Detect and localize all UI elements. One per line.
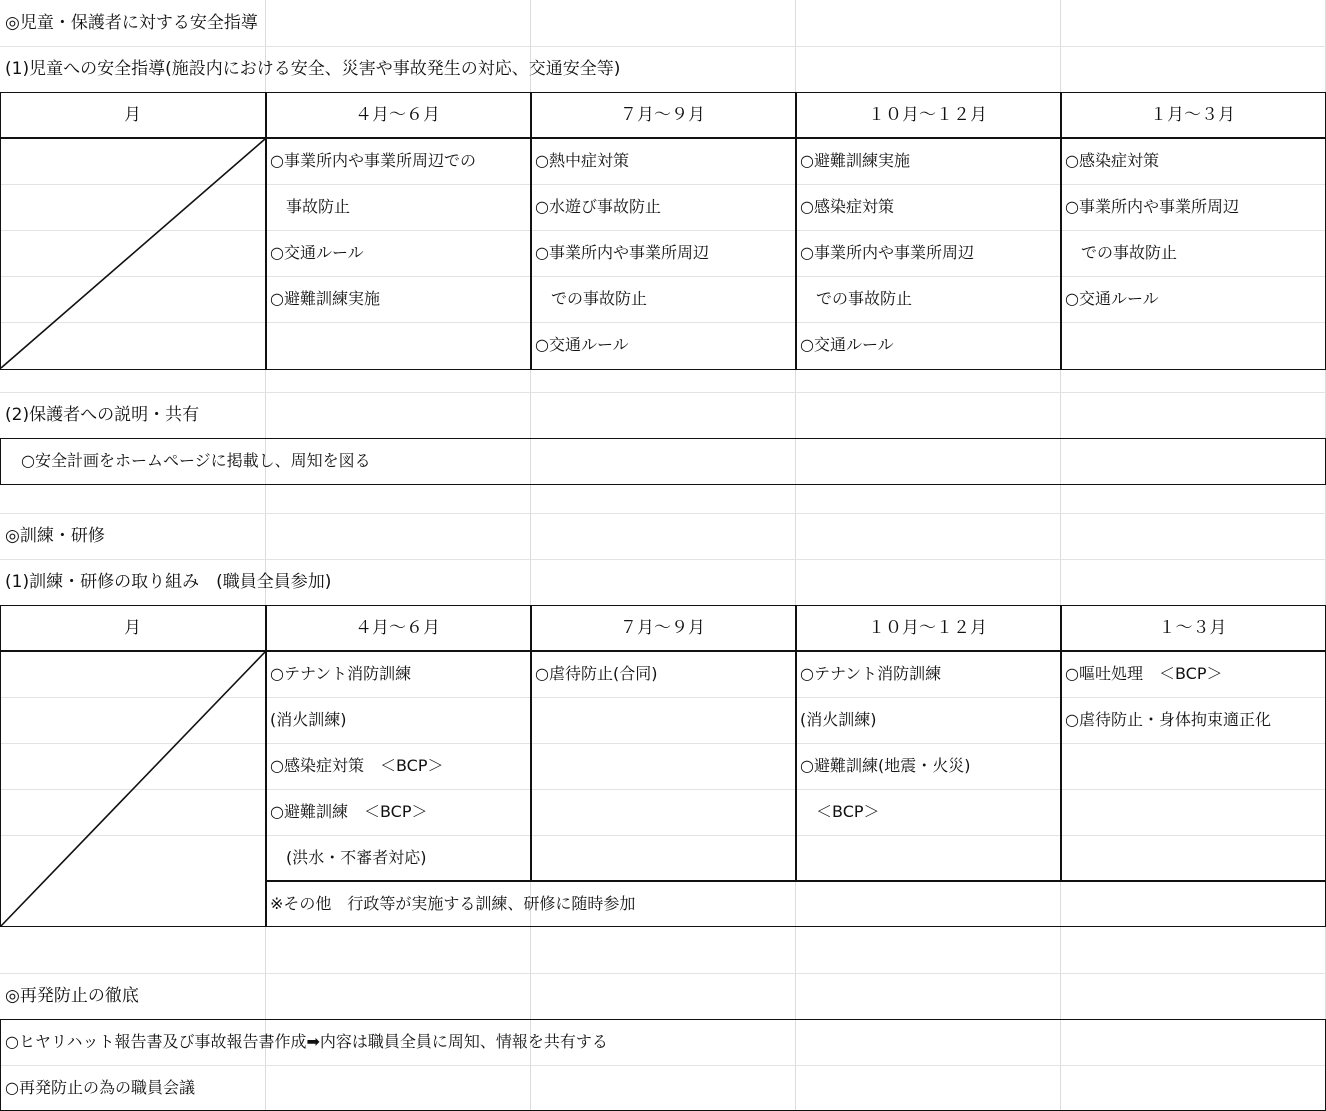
table-cell: ○感染症対策 ＜BCP＞	[265, 743, 443, 789]
grid-line	[0, 973, 1326, 974]
table-cell: ○避難訓練実施	[795, 138, 910, 184]
recurrence-item: ○ヒヤリハット報告書及び事故報告書作成➡内容は職員全員に周知、情報を共有する	[0, 1019, 608, 1065]
table-cell: ○水遊び事故防止	[530, 184, 661, 230]
table-cell	[265, 322, 270, 368]
header-month: 月	[0, 605, 265, 651]
section-title-safety-guidance: ◎児童・保護者に対する安全指導	[5, 0, 258, 46]
section-title-training: ◎訓練・研修	[5, 513, 105, 559]
table-cell: ○事業所内や事業所周辺	[795, 230, 974, 276]
table-cell: (消火訓練)	[265, 697, 347, 743]
table-cell: ○嘔吐処理 ＜BCP＞	[1060, 651, 1222, 697]
table-cell: ○避難訓練 ＜BCP＞	[265, 789, 427, 835]
table-cell: ○交通ルール	[1060, 276, 1159, 322]
grid-line	[0, 513, 1326, 514]
table-cell: での事故防止	[1060, 230, 1177, 276]
table-cell: ○避難訓練(地震・火災)	[795, 743, 970, 789]
table-cell: (洪水・不審者対応)	[265, 835, 427, 881]
table-cell	[530, 697, 535, 743]
header-apr-jun: ４月～６月	[265, 92, 530, 138]
header-jan-mar: １～３月	[1060, 605, 1325, 651]
header-jul-sep: ７月～９月	[530, 92, 795, 138]
table-cell: ○事業所内や事業所周辺	[530, 230, 709, 276]
table-cell: ○虐待防止(合同)	[530, 651, 657, 697]
subsection-title-parent-sharing: (2)保護者への説明・共有	[5, 392, 199, 438]
subsection-title-child-guidance: (1)児童への安全指導(施設内における安全、災害や事故発生の対応、交通安全等)	[5, 46, 620, 92]
table-cell: ○交通ルール	[265, 230, 364, 276]
table-cell: (消火訓練)	[795, 697, 877, 743]
table-cell: ○熱中症対策	[530, 138, 629, 184]
section-title-recurrence-prevention: ◎再発防止の徹底	[5, 973, 139, 1019]
header-oct-dec: １０月～１２月	[795, 92, 1060, 138]
table-cell: ○虐待防止・身体拘束適正化	[1060, 697, 1271, 743]
table-cell: ○事業所内や事業所周辺	[1060, 184, 1239, 230]
table-cell: での事故防止	[530, 276, 647, 322]
table-cell: ＜BCP＞	[795, 789, 880, 835]
header-jan-mar: １月～３月	[1060, 92, 1325, 138]
table-cell: ○テナント消防訓練	[265, 651, 411, 697]
parent-sharing-content: ○安全計画をホームページに掲載し、周知を図る	[0, 438, 371, 484]
table-cell: ○交通ルール	[530, 322, 629, 368]
table-cell: ○感染症対策	[795, 184, 894, 230]
table-cell	[1060, 322, 1065, 368]
subsection-title-training-efforts: (1)訓練・研修の取り組み (職員全員参加)	[5, 559, 331, 605]
header-apr-jun: ４月～６月	[265, 605, 530, 651]
table-cell: ○感染症対策	[1060, 138, 1159, 184]
header-jul-sep: ７月～９月	[530, 605, 795, 651]
spreadsheet: ◎児童・保護者に対する安全指導 (1)児童への安全指導(施設内における安全、災害…	[0, 0, 1326, 1111]
header-month: 月	[0, 92, 265, 138]
table-cell: 事故防止	[265, 184, 350, 230]
diagonal-line	[0, 138, 266, 369]
header-oct-dec: １０月～１２月	[795, 605, 1060, 651]
table-cell: での事故防止	[795, 276, 912, 322]
table-cell: ○交通ルール	[795, 322, 894, 368]
table-cell: ○避難訓練実施	[265, 276, 380, 322]
table-cell: ○事業所内や事業所周辺での	[265, 138, 476, 184]
diagonal-line	[0, 651, 266, 927]
table-cell: ○テナント消防訓練	[795, 651, 941, 697]
training-note: ※その他 行政等が実施する訓練、研修に随時参加	[265, 881, 635, 927]
recurrence-item: ○再発防止の為の職員会議	[0, 1065, 195, 1111]
